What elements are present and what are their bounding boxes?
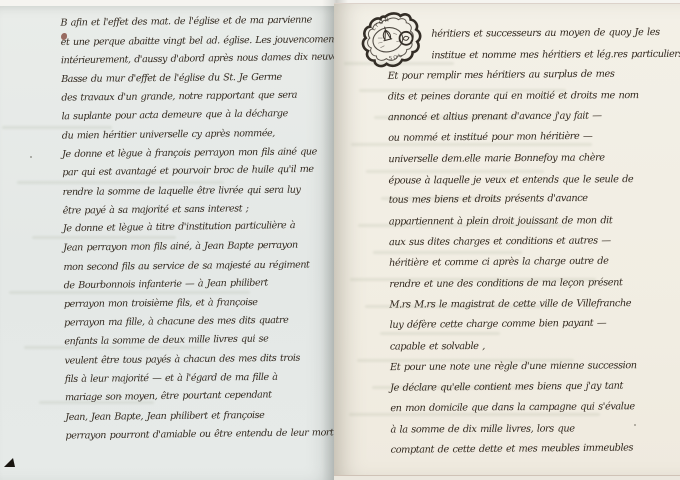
manuscript-line: rendre la somme de laquelle être livrée …: [62, 181, 322, 202]
manuscript-line: par qui est avantagé et pourvoir broc de…: [62, 161, 322, 183]
manuscript-line: Jean perrayon mon fils ainé, à Jean Bapt…: [63, 236, 323, 258]
manuscript-line: Je donne et lègue à titre d'institution …: [63, 217, 323, 239]
manuscript-line: Basse du mur d'effet de l'église du St. …: [61, 69, 321, 90]
paper-speck: [634, 424, 636, 426]
left-page: B afin et l'effet des mat. de l'église e…: [0, 6, 334, 480]
manuscript-line: aux sus dites charges et conditions et a…: [389, 231, 673, 254]
right-page: LYON SOL héritiers et successeurs au moy…: [334, 3, 680, 476]
manuscript-line: luy défère cette charge comme bien payan…: [390, 313, 674, 337]
scanned-manuscript: B afin et l'effet des mat. de l'église e…: [0, 0, 680, 480]
manuscript-line: universelle dem.elle marie Bonnefoy ma c…: [388, 148, 672, 171]
manuscript-line: mariage son moyen, être pourtant cependa…: [65, 386, 325, 408]
page-bottom-edge: [334, 475, 680, 480]
manuscript-line: B afin et l'effet des mat. de l'église e…: [60, 11, 320, 33]
manuscript-line: dits et peines dorante qui en moitié et …: [388, 86, 672, 108]
manuscript-line: rendre et une des conditions de ma leçon…: [389, 272, 673, 295]
manuscript-line: héritière et comme ci après la charge ou…: [389, 251, 673, 275]
manuscript-line: appartiennent à plein droit jouissant de…: [389, 211, 673, 233]
paper-speck: [120, 396, 122, 398]
manuscript-line: comptant de cette dette et mes meubles i…: [391, 438, 675, 462]
left-page-text: B afin et l'effet des mat. de l'église e…: [60, 11, 325, 445]
manuscript-line: ou nommé et institué pour mon héritière …: [388, 126, 672, 150]
manuscript-line: enfants la somme de deux mille livres qu…: [64, 329, 324, 351]
manuscript-line: tous mes biens et droits présents d'avan…: [389, 188, 673, 212]
manuscript-line: héritiers et successeurs au moyen de quo…: [387, 23, 671, 46]
manuscript-line: du mien héritier universelle cy après no…: [62, 124, 322, 146]
manuscript-line: intérieurement, d'aussy d'abord après no…: [61, 48, 321, 70]
paper-speck: [30, 156, 32, 158]
manuscript-line: Et pour une note une règle d'une mienne …: [390, 356, 674, 379]
manuscript-line: veulent être tous payés à chacun des mes…: [64, 349, 324, 371]
manuscript-line: capable et solvable ,: [390, 336, 674, 358]
manuscript-line: en mon domicile que dans la campagne qui…: [390, 397, 674, 420]
manuscript-line: Je déclare qu'elle contient mes biens qu…: [390, 376, 674, 400]
manuscript-line: de Bourbonnois infanterie — à Jean phili…: [64, 273, 324, 295]
manuscript-line: Jean, Jean Bapte, Jean philibert et fran…: [65, 406, 325, 427]
manuscript-line: Et pour remplir mes héritiers au surplus…: [388, 64, 672, 88]
manuscript-line: perrayon mon troisième fils, et à franço…: [64, 294, 324, 315]
corner-fold-mark: [4, 458, 15, 467]
right-page-text: héritiers et successeurs au moyen de quo…: [387, 23, 674, 462]
manuscript-line: la suplante pour acta demeure que à la d…: [62, 104, 322, 126]
